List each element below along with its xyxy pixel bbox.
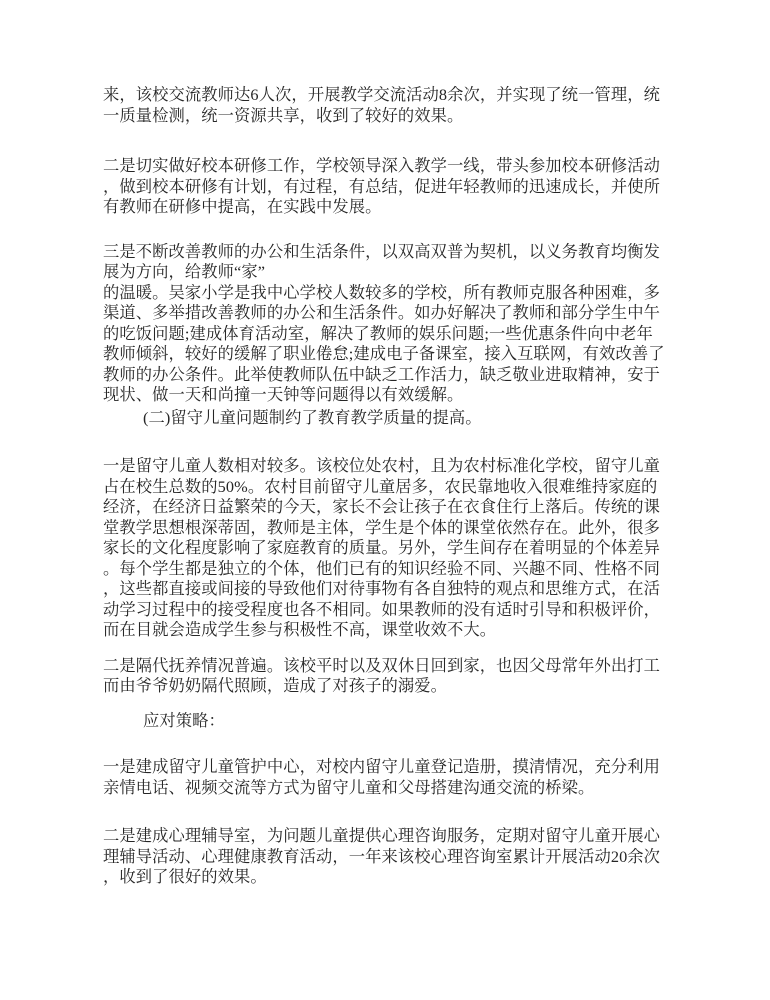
document-body: 来，该校交流教师达6人次，开展教学交流活动8余次，并实现了统一管理，统 一质量检… (0, 0, 770, 888)
paragraph-left-behind-children-population: 一是留守儿童人数相对较多。该校位处农村，且为农村标准化学校，留守儿童 占在校生总… (103, 456, 662, 641)
paragraph-psych-counseling-room: 二是建成心理辅导室，为问题儿童提供心理咨询服务，定期对留守儿童开展心 理辅导活动… (103, 826, 662, 888)
paragraph-school-based-training: 二是切实做好校本研修工作，学校领导深入教学一线，带头参加校本研修活动 ，做到校本… (103, 156, 662, 218)
strategies-label: 应对策略： (103, 711, 662, 732)
paragraph-custody-center: 一是建成留守儿童管护中心，对校内留守儿童登记造册，摸清情况，充分利用 亲情电话、… (103, 757, 662, 798)
document-page: 来，该校交流教师达6人次，开展教学交流活动8余次，并实现了统一管理，统 一质量检… (0, 0, 770, 1000)
paragraph-skip-generation-care: 二是隔代抚养情况普遍。该校平时以及双休日回到家，也因父母常年外出打工 而由爷爷奶… (103, 656, 662, 697)
paragraph-teacher-work-life-conditions: 三是不断改善教师的办公和生活条件，以双高双普为契机，以义务教育均衡发 展为方向，… (103, 242, 662, 406)
paragraph-exchange-results: 来，该校交流教师达6人次，开展教学交流活动8余次，并实现了统一管理，统 一质量检… (103, 85, 662, 126)
subheading-left-behind-children: (二)留守儿童问题制约了教育教学质量的提高。 (103, 408, 662, 429)
